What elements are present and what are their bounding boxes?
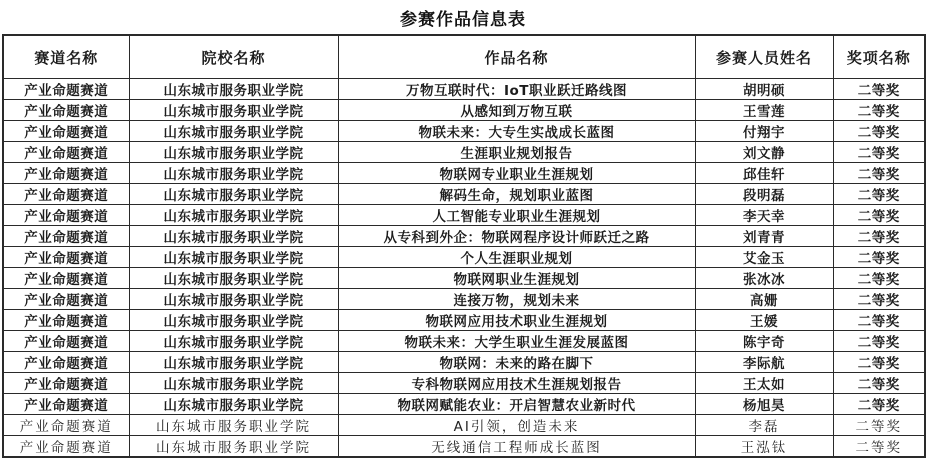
cell-track: 产业命题赛道 <box>3 331 129 352</box>
column-header-track: 赛道名称 <box>3 35 129 79</box>
cell-track: 产业命题赛道 <box>3 121 129 142</box>
cell-track: 产业命题赛道 <box>3 352 129 373</box>
cell-award: 二等奖 <box>833 79 925 100</box>
cell-work: 从感知到万物互联 <box>338 100 695 121</box>
cell-work: 人工智能专业职业生涯规划 <box>338 205 695 226</box>
cell-track: 产业命题赛道 <box>3 373 129 394</box>
cell-participant: 段明磊 <box>695 184 833 205</box>
cell-track: 产业命题赛道 <box>3 415 129 436</box>
cell-institution: 山东城市服务职业学院 <box>129 415 338 436</box>
cell-work: 物联网职业生涯规划 <box>338 268 695 289</box>
cell-track: 产业命题赛道 <box>3 268 129 289</box>
cell-track: 产业命题赛道 <box>3 184 129 205</box>
cell-institution: 山东城市服务职业学院 <box>129 310 338 331</box>
cell-participant: 李天幸 <box>695 205 833 226</box>
cell-institution: 山东城市服务职业学院 <box>129 121 338 142</box>
table-body: 产业命题赛道山东城市服务职业学院万物互联时代：IoT职业跃迁路线图胡明硕二等奖产… <box>3 79 925 458</box>
cell-award: 二等奖 <box>833 310 925 331</box>
cell-institution: 山东城市服务职业学院 <box>129 352 338 373</box>
cell-institution: 山东城市服务职业学院 <box>129 226 338 247</box>
cell-award: 二等奖 <box>833 247 925 268</box>
cell-award: 二等奖 <box>833 415 925 436</box>
cell-award: 二等奖 <box>833 205 925 226</box>
cell-institution: 山东城市服务职业学院 <box>129 247 338 268</box>
cell-participant: 艾金玉 <box>695 247 833 268</box>
cell-work: 生涯职业规划报告 <box>338 142 695 163</box>
page: 参赛作品信息表 赛道名称院校名称作品名称参赛人员姓名奖项名称 产业命题赛道山东城… <box>0 0 926 458</box>
table-row: 产业命题赛道山东城市服务职业学院物联网：未来的路在脚下李际航二等奖 <box>3 352 925 373</box>
cell-award: 二等奖 <box>833 289 925 310</box>
table-row: 产业命题赛道山东城市服务职业学院物联未来：大学生职业生涯发展蓝图陈宇奇二等奖 <box>3 331 925 352</box>
cell-institution: 山东城市服务职业学院 <box>129 373 338 394</box>
cell-track: 产业命题赛道 <box>3 247 129 268</box>
cell-award: 二等奖 <box>833 268 925 289</box>
table-row: 产业命题赛道山东城市服务职业学院个人生涯职业规划艾金玉二等奖 <box>3 247 925 268</box>
cell-participant: 李际航 <box>695 352 833 373</box>
cell-work: 万物互联时代：IoT职业跃迁路线图 <box>338 79 695 100</box>
cell-track: 产业命题赛道 <box>3 142 129 163</box>
cell-track: 产业命题赛道 <box>3 289 129 310</box>
cell-award: 二等奖 <box>833 373 925 394</box>
column-header-work: 作品名称 <box>338 35 695 79</box>
column-header-award: 奖项名称 <box>833 35 925 79</box>
cell-institution: 山东城市服务职业学院 <box>129 100 338 121</box>
cell-award: 二等奖 <box>833 184 925 205</box>
cell-award: 二等奖 <box>833 436 925 458</box>
table-row: 产业命题赛道山东城市服务职业学院专科物联网应用技术生涯规划报告王太如二等奖 <box>3 373 925 394</box>
cell-track: 产业命题赛道 <box>3 436 129 458</box>
page-title: 参赛作品信息表 <box>0 5 926 30</box>
cell-institution: 山东城市服务职业学院 <box>129 184 338 205</box>
entries-table: 赛道名称院校名称作品名称参赛人员姓名奖项名称 产业命题赛道山东城市服务职业学院万… <box>2 34 926 458</box>
table-row: 产业命题赛道山东城市服务职业学院从专科到外企：物联网程序设计师跃迁之路刘青青二等… <box>3 226 925 247</box>
cell-participant: 王泓钛 <box>695 436 833 458</box>
cell-institution: 山东城市服务职业学院 <box>129 163 338 184</box>
cell-track: 产业命题赛道 <box>3 100 129 121</box>
column-header-institution: 院校名称 <box>129 35 338 79</box>
cell-participant: 胡明硕 <box>695 79 833 100</box>
table-row: 产业命题赛道山东城市服务职业学院万物互联时代：IoT职业跃迁路线图胡明硕二等奖 <box>3 79 925 100</box>
cell-participant: 高姗 <box>695 289 833 310</box>
cell-work: 物联未来：大学生职业生涯发展蓝图 <box>338 331 695 352</box>
table-row: 产业命题赛道山东城市服务职业学院生涯职业规划报告刘文静二等奖 <box>3 142 925 163</box>
table-row: 产业命题赛道山东城市服务职业学院物联未来：大专生实战成长蓝图付翔宇二等奖 <box>3 121 925 142</box>
cell-work: 无线通信工程师成长蓝图 <box>338 436 695 458</box>
cell-institution: 山东城市服务职业学院 <box>129 79 338 100</box>
cell-participant: 杨旭昊 <box>695 394 833 415</box>
cell-track: 产业命题赛道 <box>3 310 129 331</box>
table-header: 赛道名称院校名称作品名称参赛人员姓名奖项名称 <box>3 35 925 79</box>
table-row: 产业命题赛道山东城市服务职业学院物联网职业生涯规划张冰冰二等奖 <box>3 268 925 289</box>
cell-participant: 刘青青 <box>695 226 833 247</box>
cell-institution: 山东城市服务职业学院 <box>129 142 338 163</box>
table-row: 产业命题赛道山东城市服务职业学院从感知到万物互联王雪莲二等奖 <box>3 100 925 121</box>
cell-track: 产业命题赛道 <box>3 394 129 415</box>
cell-work: 专科物联网应用技术生涯规划报告 <box>338 373 695 394</box>
cell-award: 二等奖 <box>833 352 925 373</box>
cell-track: 产业命题赛道 <box>3 163 129 184</box>
cell-work: 连接万物，规划未来 <box>338 289 695 310</box>
cell-award: 二等奖 <box>833 331 925 352</box>
cell-track: 产业命题赛道 <box>3 205 129 226</box>
table-row: 产业命题赛道山东城市服务职业学院AI引领，创造未来李磊二等奖 <box>3 415 925 436</box>
cell-institution: 山东城市服务职业学院 <box>129 205 338 226</box>
cell-participant: 刘文静 <box>695 142 833 163</box>
cell-participant: 邱佳轩 <box>695 163 833 184</box>
table-row: 产业命题赛道山东城市服务职业学院无线通信工程师成长蓝图王泓钛二等奖 <box>3 436 925 458</box>
cell-institution: 山东城市服务职业学院 <box>129 289 338 310</box>
cell-work: AI引领，创造未来 <box>338 415 695 436</box>
cell-work: 解码生命，规划职业蓝图 <box>338 184 695 205</box>
cell-award: 二等奖 <box>833 163 925 184</box>
cell-track: 产业命题赛道 <box>3 79 129 100</box>
cell-participant: 付翔宇 <box>695 121 833 142</box>
cell-work: 物联网：未来的路在脚下 <box>338 352 695 373</box>
cell-participant: 王媛 <box>695 310 833 331</box>
cell-award: 二等奖 <box>833 394 925 415</box>
cell-work: 物联未来：大专生实战成长蓝图 <box>338 121 695 142</box>
cell-participant: 王雪莲 <box>695 100 833 121</box>
header-row: 赛道名称院校名称作品名称参赛人员姓名奖项名称 <box>3 35 925 79</box>
cell-work: 物联网应用技术职业生涯规划 <box>338 310 695 331</box>
cell-award: 二等奖 <box>833 121 925 142</box>
cell-work: 个人生涯职业规划 <box>338 247 695 268</box>
table-row: 产业命题赛道山东城市服务职业学院人工智能专业职业生涯规划李天幸二等奖 <box>3 205 925 226</box>
cell-participant: 王太如 <box>695 373 833 394</box>
cell-work: 物联网专业职业生涯规划 <box>338 163 695 184</box>
cell-award: 二等奖 <box>833 100 925 121</box>
cell-institution: 山东城市服务职业学院 <box>129 394 338 415</box>
cell-participant: 张冰冰 <box>695 268 833 289</box>
table-row: 产业命题赛道山东城市服务职业学院物联网专业职业生涯规划邱佳轩二等奖 <box>3 163 925 184</box>
cell-participant: 李磊 <box>695 415 833 436</box>
cell-participant: 陈宇奇 <box>695 331 833 352</box>
cell-award: 二等奖 <box>833 226 925 247</box>
cell-institution: 山东城市服务职业学院 <box>129 268 338 289</box>
cell-institution: 山东城市服务职业学院 <box>129 436 338 458</box>
cell-work: 从专科到外企：物联网程序设计师跃迁之路 <box>338 226 695 247</box>
cell-work: 物联网赋能农业：开启智慧农业新时代 <box>338 394 695 415</box>
table-row: 产业命题赛道山东城市服务职业学院物联网应用技术职业生涯规划王媛二等奖 <box>3 310 925 331</box>
cell-institution: 山东城市服务职业学院 <box>129 331 338 352</box>
table-row: 产业命题赛道山东城市服务职业学院物联网赋能农业：开启智慧农业新时代杨旭昊二等奖 <box>3 394 925 415</box>
cell-track: 产业命题赛道 <box>3 226 129 247</box>
table-row: 产业命题赛道山东城市服务职业学院连接万物，规划未来高姗二等奖 <box>3 289 925 310</box>
cell-award: 二等奖 <box>833 142 925 163</box>
column-header-participant: 参赛人员姓名 <box>695 35 833 79</box>
table-row: 产业命题赛道山东城市服务职业学院解码生命，规划职业蓝图段明磊二等奖 <box>3 184 925 205</box>
